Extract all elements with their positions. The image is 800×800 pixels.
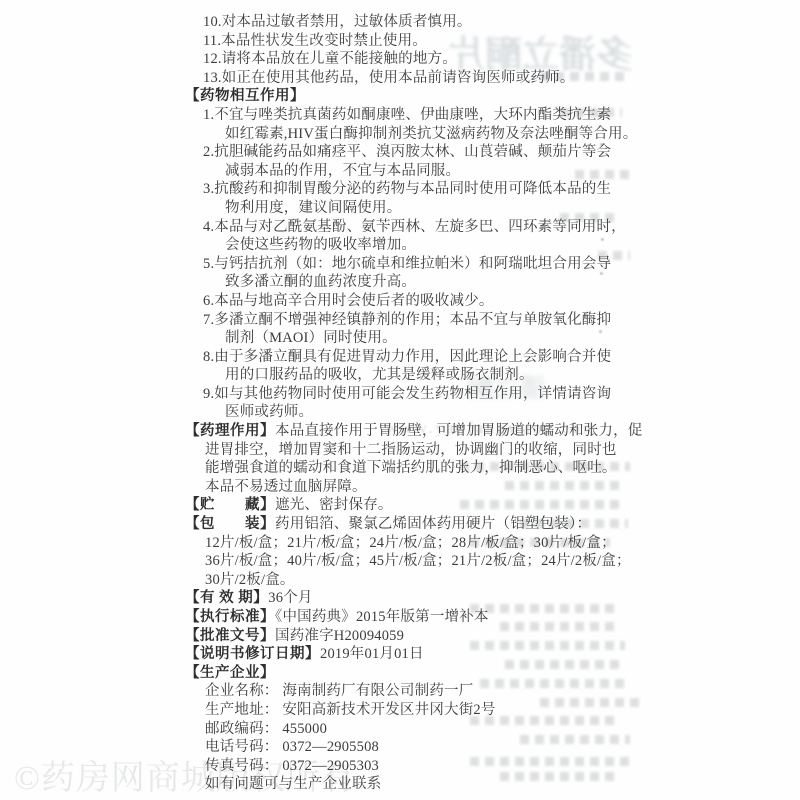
section-label: 【包 装】 — [185, 516, 275, 532]
text-line: 【生产企业】 — [185, 664, 655, 683]
drug-leaflet-page: 多潘立酮片 潘立酮 www.yaofangwang.com ©药房网商城版权所有… — [0, 0, 800, 800]
text-line: 7.多潘立酮不增强神经镇静剂的作用；本品不宜与单胺氧化酶抑 — [203, 311, 655, 330]
text-line: 医师或药师。 — [225, 403, 655, 422]
text-line: 12片/板/盒；21片/板/盒；24片/板/盒；28片/板/盒；30片/板/盒； — [205, 534, 655, 553]
text-line: 进胃排空，增加胃窦和十二指肠运动，协调幽门的收缩，同时也 — [205, 441, 655, 460]
text-line: 【批准文号】国药准字H20094059 — [185, 627, 655, 646]
text-line: 邮政编码： 455000 — [205, 720, 655, 739]
text-line: 物利用度，建议间隔使用。 — [225, 199, 655, 218]
text-line: 36片/板/盒；40片/板/盒；45片/板/盒；21片/2板/盒；24片/2板/… — [205, 552, 655, 571]
text-line: 本品不易透过血脑屏障。 — [205, 478, 655, 497]
text-line: 企业名称： 海南制药厂有限公司制药一厂 — [205, 682, 655, 701]
text-line: 30片/2板/盒。 — [205, 571, 655, 590]
text-line: 致多潘立酮的血药浓度升高。 — [225, 273, 655, 292]
section-label: 【贮 藏】 — [185, 497, 275, 513]
text-line: 6.本品与地高辛合用时会使后者的吸收减少。 — [203, 292, 655, 311]
section-label: 【药物相互作用】 — [185, 88, 305, 104]
text-line: 10.对本品过敏者禁用，过敏体质者慎用。 — [203, 13, 655, 32]
text-line: 2.抗胆碱能药品如痛痉平、溴丙胺太林、山莨菪碱、颠茄片等会 — [203, 143, 655, 162]
text-line: 【说明书修订日期】2019年01月01日 — [185, 645, 655, 664]
text-line: 生产地址： 安阳高新技术开发区井冈大街2号 — [205, 701, 655, 720]
text-line: 传真号码： 0372—2905303 — [205, 757, 655, 776]
text-line: 会使这些药物的吸收率增加。 — [225, 236, 655, 255]
text-line: 减弱本品的作用，不宜与本品同服。 — [225, 162, 655, 181]
text-line: 【执行标准】《中国药典》2015年版第一增补本 — [185, 608, 655, 627]
text-line: 【贮 藏】遮光、密封保存。 — [185, 496, 655, 515]
text-line: 【药理作用】本品直接作用于胃肠壁，可增加胃肠道的蠕动和张力，促 — [185, 422, 655, 441]
text-line: 如有问题可与生产企业联系 — [205, 775, 655, 794]
section-label: 【药理作用】 — [185, 423, 275, 439]
section-label: 【说明书修订日期】 — [185, 646, 320, 662]
section-label: 【生产企业】 — [185, 665, 275, 681]
text-line: 8.由于多潘立酮具有促进胃动力作用，因此理论上会影响合并使 — [203, 348, 655, 367]
text-line: 13.如正在使用其他药品，使用本品前请咨询医师或药师。 — [203, 69, 655, 88]
text-line: 12.请将本品放在儿童不能接触的地方。 — [203, 50, 655, 69]
text-line: 制剂（MAOI）同时使用。 — [225, 329, 655, 348]
text-line: 11.本品性状发生改变时禁止使用。 — [203, 32, 655, 51]
text-line: 4.本品与对乙酰氨基酚、氨苄西林、左旋多巴、四环素等同用时， — [203, 218, 655, 237]
text-line: 【药物相互作用】 — [185, 87, 655, 106]
text-line: 能增强食道的蠕动和食道下端括约肌的张力，抑制恶心、呕吐。 — [205, 459, 655, 478]
text-line: 9.如与其他药物同时使用可能会发生药物相互作用，详情请咨询 — [203, 385, 655, 404]
text-line: 用的口服药品的吸收，尤其是缓释或肠衣制剂。 — [225, 366, 655, 385]
leaflet-text-column: 10.对本品过敏者禁用，过敏体质者慎用。11.本品性状发生改变时禁止使用。12.… — [185, 13, 655, 794]
text-line: 【有 效 期】36个月 — [185, 589, 655, 608]
section-label: 【有 效 期】 — [185, 590, 268, 606]
text-line: 5.与钙拮抗剂（如：地尔硫卓和维拉帕米）和阿瑞吡坦合用会导 — [203, 255, 655, 274]
text-line: 1.不宜与唑类抗真菌药如酮康唑、伊曲康唑，大环内酯类抗生素 — [203, 106, 655, 125]
text-line: 如红霉素,HIV蛋白酶抑制剂类抗艾滋病药物及奈法唑酮等合用。 — [225, 125, 655, 144]
text-line: 3.抗酸药和抑制胃酸分泌的药物与本品同时使用可降低本品的生 — [203, 180, 655, 199]
text-line: 【包 装】药用铝箔、聚氯乙烯固体药用硬片（铝塑包装）： — [185, 515, 655, 534]
section-label: 【批准文号】 — [185, 628, 275, 644]
text-line: 电话号码： 0372—2905508 — [205, 738, 655, 757]
section-label: 【执行标准】 — [185, 609, 275, 625]
